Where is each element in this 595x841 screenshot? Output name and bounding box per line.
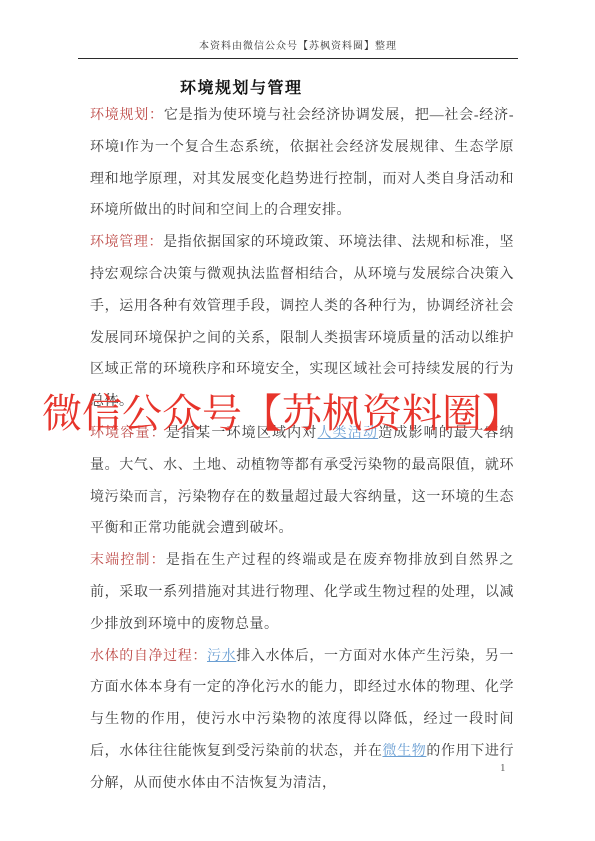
paragraphs: 环境规划：它是指为使环境与社会经济协调发展，把―社会-经济-环境‖作为一个复合生… <box>90 100 514 800</box>
term-label: 环境管理： <box>90 235 163 250</box>
paragraph: 环境规划：它是指为使环境与社会经济协调发展，把―社会-经济-环境‖作为一个复合生… <box>90 100 514 227</box>
inline-link[interactable]: 微生物 <box>383 744 427 759</box>
body-text: 排入水体后，一方面对水体产生污染，另一方面水体本身有一定的净化污水的能力，即经过… <box>90 649 514 759</box>
page-title: 环境规划与管理 <box>180 78 514 100</box>
term-label: 水体的自净过程： <box>90 649 207 664</box>
header-note: 本资料由微信公众号【苏枫资料圈】整理 <box>78 37 518 59</box>
inline-link[interactable]: 人类活动 <box>318 426 379 441</box>
inline-link[interactable]: 污水 <box>207 649 236 664</box>
term-label: 环境规划： <box>90 108 164 123</box>
term-label: 环境容量： <box>90 426 166 441</box>
document-page: 本资料由微信公众号【苏枫资料圈】整理 环境规划与管理 环境规划：它是指为使环境与… <box>0 0 595 841</box>
page-number: 1 <box>500 762 506 774</box>
paragraph: 水体的自净过程：污水排入水体后，一方面对水体产生污染，另一方面水体本身有一定的净… <box>90 641 514 800</box>
paragraph: 末端控制：是指在生产过程的终端或是在废弃物排放到自然界之前，采取一系列措施对其进… <box>90 545 514 640</box>
paragraph: 环境容量：是指某一环境区域内对人类活动造成影响的最大容纳量。大气、水、土地、动植… <box>90 418 514 545</box>
body-text: 造成影响的最大容纳量。大气、水、土地、动植物等都有承受污染物的最高限值，就环境污… <box>90 426 514 536</box>
body-text: 它是指为使环境与社会经济协调发展，把―社会-经济-环境‖作为一个复合生态系统，依… <box>90 108 514 218</box>
body-text: 是指某一环境区域内对 <box>166 426 318 441</box>
body-text: 是指依据国家的环境政策、环境法律、法规和标准，坚持宏观综合决策与微观执法监督相结… <box>90 235 514 409</box>
term-label: 末端控制： <box>90 553 166 568</box>
document-body: 环境规划与管理 环境规划：它是指为使环境与社会经济协调发展，把―社会-经济-环境… <box>90 78 514 800</box>
paragraph: 环境管理：是指依据国家的环境政策、环境法律、法规和标准，坚持宏观综合决策与微观执… <box>90 227 514 418</box>
